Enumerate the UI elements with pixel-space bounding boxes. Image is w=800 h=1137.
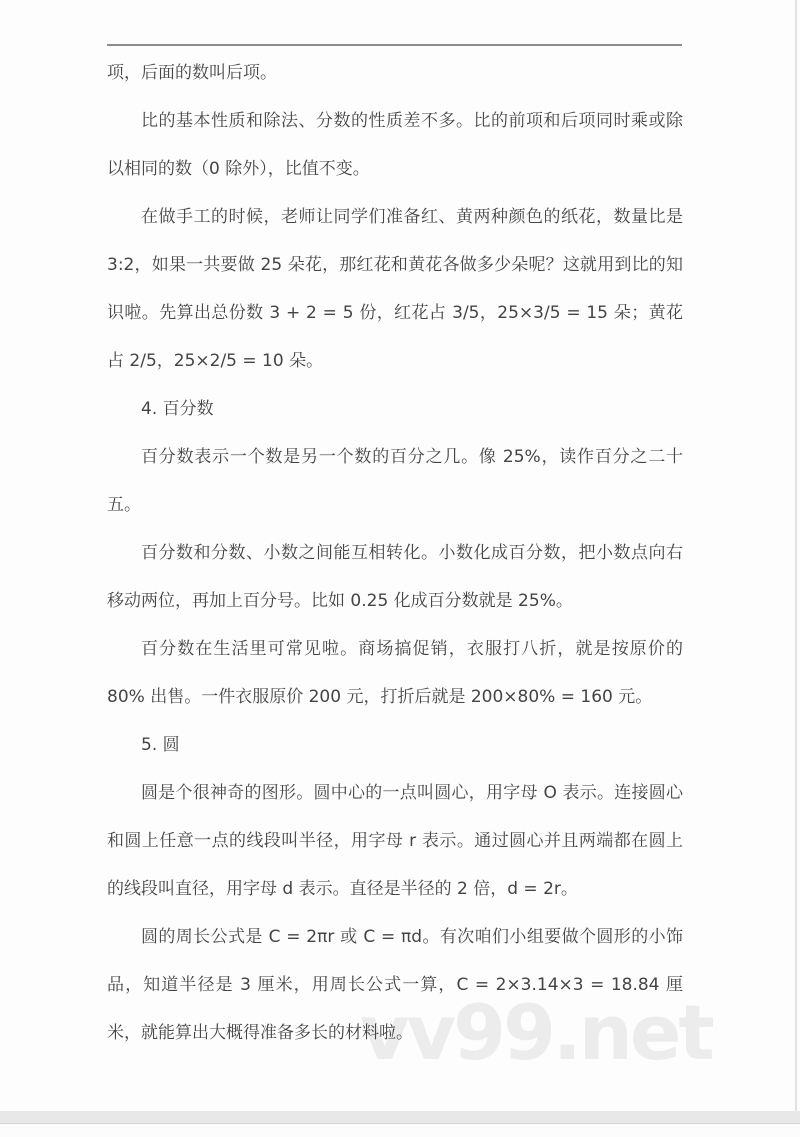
section-heading-percentage: 4. 百分数 (107, 385, 683, 433)
page-right-edge (795, 0, 797, 1111)
paragraph: 比的基本性质和除法、分数的性质差不多。比的前项和后项同时乘或除以相同的数（0 除… (107, 97, 683, 193)
section-heading-circle: 5. 圆 (107, 721, 683, 769)
next-page-edge (0, 1124, 800, 1137)
document-body: 项，后面的数叫后项。 比的基本性质和除法、分数的性质差不多。比的前项和后项同时乘… (107, 49, 683, 1057)
paragraph: 在做手工的时候，老师让同学们准备红、黄两种颜色的纸花，数量比是 3:2，如果一共… (107, 193, 683, 385)
paragraph-continuation: 项，后面的数叫后项。 (107, 49, 683, 97)
paragraph: 圆是个很神奇的图形。圆中心的一点叫圆心，用字母 O 表示。连接圆心和圆上任意一点… (107, 769, 683, 913)
header-horizontal-rule (107, 44, 682, 46)
paragraph: 百分数在生活里可常见啦。商场搞促销，衣服打八折，就是按原价的 80% 出售。一件… (107, 625, 683, 721)
page-separator (0, 1111, 800, 1124)
paragraph: 圆的周长公式是 C = 2πr 或 C = πd。有次咱们小组要做个圆形的小饰品… (107, 913, 683, 1057)
paragraph: 百分数表示一个数是另一个数的百分之几。像 25%，读作百分之二十五。 (107, 433, 683, 529)
paragraph: 百分数和分数、小数之间能互相转化。小数化成百分数，把小数点向右移动两位，再加上百… (107, 529, 683, 625)
document-page: vv99.net 项，后面的数叫后项。 比的基本性质和除法、分数的性质差不多。比… (0, 0, 800, 1137)
